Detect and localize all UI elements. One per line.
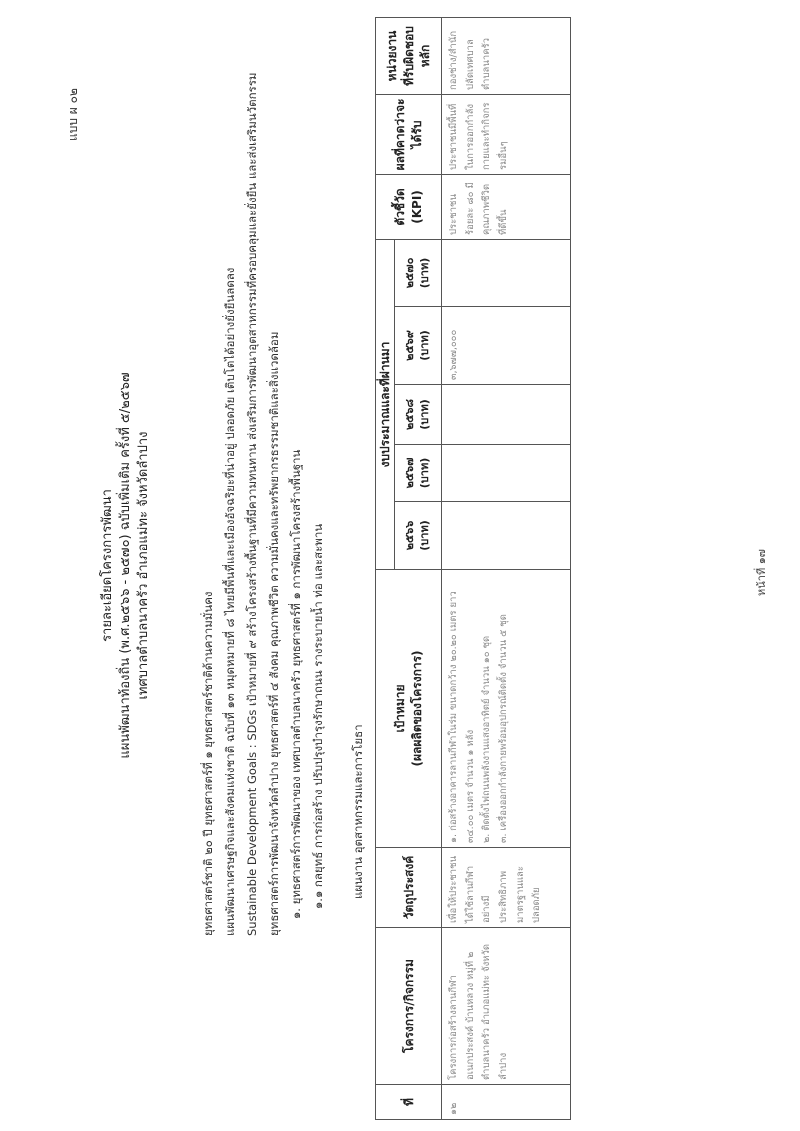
header-year-0: ๒๕๖๖(บาท) xyxy=(395,502,442,570)
unit-label: (บาท) xyxy=(418,446,433,500)
header-year-2: ๒๕๖๘(บาท) xyxy=(395,385,442,445)
header-target: เป้าหมาย (ผลผลิตของโครงการ) xyxy=(376,570,442,848)
cell-project: โครงการก่อสร้างลานกีฬาอเนกประสงค์ บ้านหล… xyxy=(442,928,571,1085)
national-strategy: ยุทธศาสตร์ชาติ ๒๐ ปี ยุทธศาสตร์ที่ ๑ ยุท… xyxy=(200,591,218,936)
strategy-group: ๑.๑ กลยุทธ์ การก่อสร้าง ปรับปรุงบำรุงรัก… xyxy=(310,524,328,909)
year-label: ๒๕๗๐ xyxy=(403,241,418,305)
form-code: แบบ ผ ๐๒ xyxy=(64,88,83,141)
cell-no: ๑๒ xyxy=(442,1085,571,1120)
cell-agency: กองช่าง/สำนักปลัดเทศบาลตำบลนาครัว xyxy=(442,17,571,94)
province-strategy: ยุทธศาสตร์การพัฒนาจังหวัดลำปาง ยุทธศาสตร… xyxy=(266,332,284,936)
header-kpi: ตัวชี้วัด (KPI) xyxy=(376,174,442,239)
cell-kpi: ประชาชนร้อยละ ๘๐ มีคุณภาพชีวิตที่ดีขึ้น xyxy=(442,174,571,239)
year-label: ๒๕๖๙ xyxy=(403,308,418,383)
header-year-3: ๒๕๖๙(บาท) xyxy=(395,307,442,385)
page-number: หน้าที่ ๑๗ xyxy=(752,549,770,596)
year-label: ๒๕๖๗ xyxy=(403,446,418,500)
cell-budget-1 xyxy=(442,445,571,502)
cell-objective: เพื่อให้ประชาชนได้ใช้ลานกีฬาอย่างมีประสิ… xyxy=(442,848,571,928)
unit-label: (บาท) xyxy=(418,386,433,443)
sdgs-goal: Sustainable Development Goals : SDGs เป้… xyxy=(244,73,262,937)
cell-target: ๑. ก่อสร้างอาคารลานกีฬาในร่ม ขนาดกว้าง ๒… xyxy=(442,570,571,848)
project-table: ที่ โครงการ/กิจกรรม วัตถุประสงค์ เป้าหมา… xyxy=(375,17,571,1120)
header-year-4: ๒๕๗๐(บาท) xyxy=(395,239,442,306)
header-objective: วัตถุประสงค์ xyxy=(376,848,442,928)
cell-budget-2 xyxy=(442,385,571,445)
header-result: ผลที่คาดว่าจะ ได้รับ xyxy=(376,94,442,174)
year-label: ๒๕๖๘ xyxy=(403,386,418,443)
unit-label: (บาท) xyxy=(418,241,433,305)
national-plan: แผนพัฒนาเศรษฐกิจและสังคมแห่งชาติ ฉบับที่… xyxy=(222,268,240,936)
document-subtitle-agency: เทศบาลตำบลนาครัว อำเภอแม่ทะ จังหวัดลำปาง xyxy=(132,0,153,1131)
unit-label: (บาท) xyxy=(418,503,433,568)
header-budget-group: งบประมาณและที่ผ่านมา xyxy=(376,239,395,569)
header-project: โครงการ/กิจกรรม xyxy=(376,928,442,1085)
year-label: ๒๕๖๖ xyxy=(403,503,418,568)
work-plan: แผนงาน อุตสาหกรรมและการโยธา xyxy=(350,724,368,899)
local-strategy: ๑. ยุทธศาสตร์การพัฒนาของ เทศบาลตำบลนาครั… xyxy=(288,450,306,919)
table-row: ๑๒โครงการก่อสร้างลานกีฬาอเนกประสงค์ บ้าน… xyxy=(442,17,571,1119)
header-year-1: ๒๕๖๗(บาท) xyxy=(395,445,442,502)
header-no: ที่ xyxy=(376,1085,442,1120)
cell-budget-0 xyxy=(442,502,571,570)
cell-result: ประชาชนมีพื้นที่ในการออกกำลังกายและทำกิจ… xyxy=(442,94,571,174)
cell-budget-3: ๓,๖๗๗,๐๐๐ xyxy=(442,307,571,385)
cell-budget-4 xyxy=(442,239,571,306)
header-agency: หน่วยงาน ที่รับผิดชอบ หลัก xyxy=(376,17,442,94)
unit-label: (บาท) xyxy=(418,308,433,383)
document-page: แบบ ผ ๐๒ รายละเอียดโครงการพัฒนา แผนพัฒนา… xyxy=(0,0,800,1131)
